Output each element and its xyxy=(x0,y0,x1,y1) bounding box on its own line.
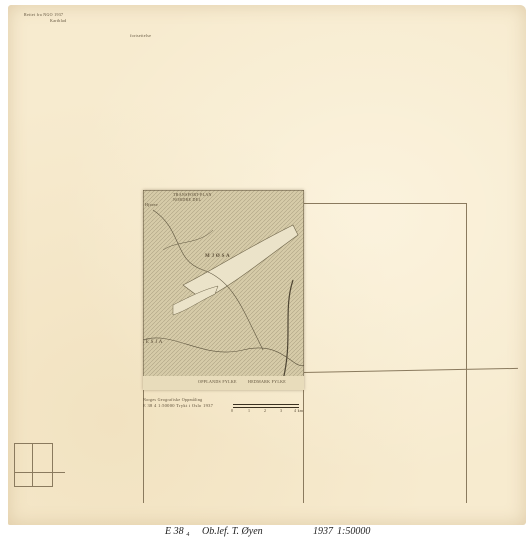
county-label-left: OPPLANDS FYLKE xyxy=(198,379,237,384)
margin-note-top-left: Rettet fra NGO 1937 xyxy=(24,12,63,17)
scale-tick-4: 4 km xyxy=(294,408,303,413)
scale-tick-1: 1 xyxy=(248,408,250,413)
sheet-year: 1937 xyxy=(313,526,333,537)
map-terrain-drawing xyxy=(143,190,304,390)
west-label: L E S J A xyxy=(143,340,163,345)
margin-note-top-right: fortsettelse xyxy=(130,33,151,38)
sheet-index-grid xyxy=(14,443,53,487)
map-corner-note: Hjørne xyxy=(145,202,158,207)
imprint-line-1: Norges Geografiske Oppmåling xyxy=(143,397,202,402)
sheet-author: Ob.lef. T. Øyen xyxy=(202,526,263,537)
scale-tick-0: 0 xyxy=(231,408,233,413)
sheet-code: E 38 ₄ xyxy=(165,526,190,537)
scale-tick-3: 3 xyxy=(280,408,282,413)
scale-tick-2: 2 xyxy=(264,408,266,413)
margin-note-top-left-2: Kartblad xyxy=(50,18,66,23)
map-title-line-2: NORDRE DEL xyxy=(173,197,201,202)
sheet-outline-right xyxy=(466,203,467,503)
topographic-map-tile[interactable]: TRANSPORT-PLAN NORDRE DEL Hjørne M J Ø S… xyxy=(143,190,304,390)
county-label-right: HEDMARK FYLKE xyxy=(248,379,286,384)
imprint-line-2: E 38 4 1:50000 Trykt i Oslo 1937 xyxy=(143,403,213,408)
sheet-scale: 1:50000 xyxy=(337,526,370,537)
lake-label: M J Ø S A xyxy=(205,254,230,259)
